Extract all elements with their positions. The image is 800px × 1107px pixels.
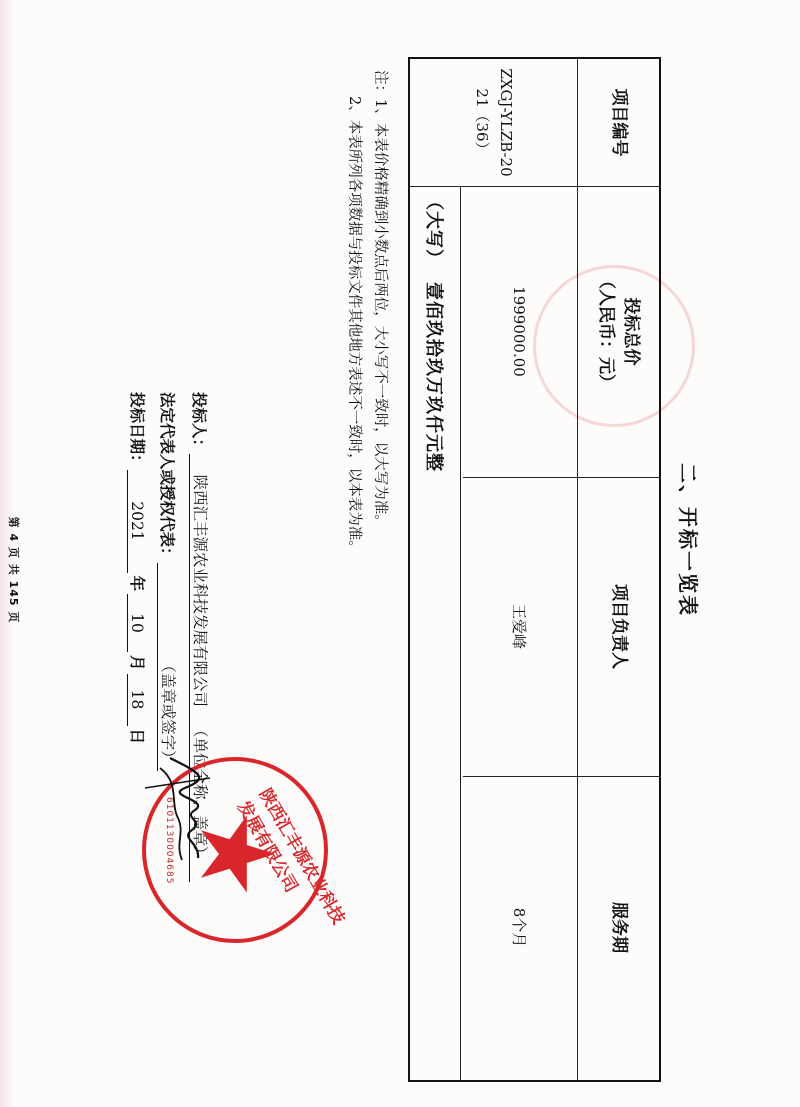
bid-date-year: 2021	[127, 470, 146, 573]
bid-date-day: 18	[127, 674, 146, 726]
bidder-name: 陕西汇丰源农业科技发展有限公司	[191, 475, 209, 708]
header-project-number-text: 项目编号	[606, 89, 631, 157]
year-unit: 年	[127, 576, 149, 592]
page-title: 二、开标一览表	[675, 440, 704, 640]
header-project-lead: 项目负责人	[578, 477, 659, 776]
legal-rep-line: 法定代表人或授权代表： （盖章或签字）	[157, 392, 180, 771]
header-service-period-text: 服务期	[606, 902, 631, 953]
bid-date-line: 投标日期： 2021 年 10 月 18 日	[127, 392, 149, 747]
day-unit: 日	[127, 729, 149, 745]
header-project-number: 项目编号	[578, 59, 659, 186]
handwritten-signature	[130, 748, 240, 868]
note-1: 注：1、本表价格精确到小数点后两位，大小写不一致时，以大写为准。	[371, 70, 392, 529]
value-project-number: ZXGJ-YLZB-20 21（36）	[410, 59, 578, 186]
header-total-bid-price: 投标总价 （人民币：元）	[578, 186, 659, 477]
capitalized-amount-label: （大写）	[423, 192, 449, 268]
header-total-bid-price-text: 投标总价	[619, 298, 644, 366]
bid-date-label: 投标日期：	[127, 392, 149, 470]
value-project-lead: 王爱峰	[461, 477, 578, 776]
header-project-lead-text: 项目负责人	[606, 584, 631, 669]
project-number-line2: 21（36）	[470, 88, 494, 156]
service-period-text: 8个月	[508, 908, 532, 948]
project-number-line1: ZXGJ-YLZB-20	[494, 68, 518, 176]
page-footer: 第 4 页 共 145 页	[6, 470, 22, 670]
header-currency-unit: （人民币：元）	[594, 272, 619, 391]
header-service-period: 服务期	[578, 776, 659, 1079]
legal-rep-field: （盖章或签字）	[157, 563, 180, 771]
note-2: 2、本表所列各项数据与投标文件其他地方表述不一致时，以本表为准。	[345, 96, 366, 555]
bid-opening-table: 项目编号 投标总价 （人民币：元） 项目负责人 服务期 ZXGJ-YLZB-20…	[408, 57, 661, 1082]
value-service-period: 8个月	[461, 776, 578, 1079]
total-bid-price-text: 1999000.00	[508, 286, 532, 377]
legal-rep-label: 法定代表人或授权代表：	[157, 392, 179, 563]
value-total-bid-price: 1999000.00	[461, 186, 578, 477]
project-lead-text: 王爱峰	[508, 604, 532, 649]
month-unit: 月	[127, 655, 149, 671]
capitalized-amount-row: （大写） 壹佰玖拾玖万玖仟元整	[410, 186, 461, 1079]
bidder-label: 投标人：	[189, 392, 211, 454]
capitalized-amount-value: 壹佰玖拾玖万玖仟元整	[423, 282, 449, 472]
bid-date-month: 10	[127, 594, 146, 652]
rotated-page: 二、开标一览表 项目编号 投标总价 （人民币：元） 项目负责人 服务期 ZXGJ…	[0, 0, 800, 1107]
